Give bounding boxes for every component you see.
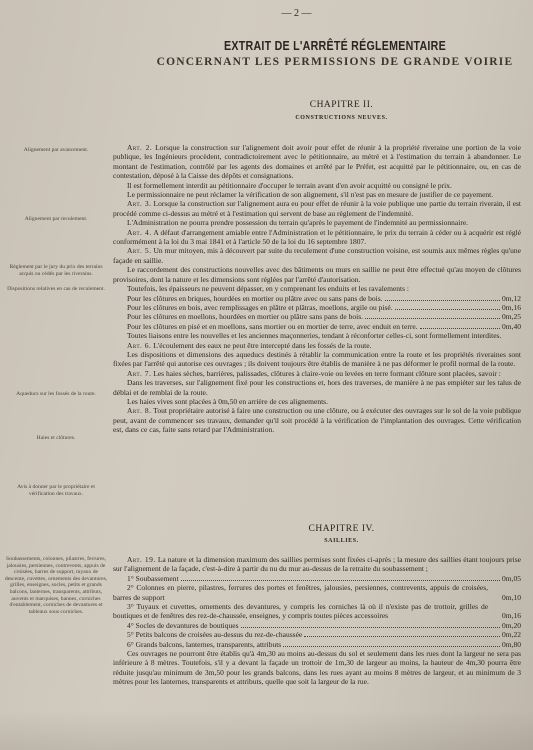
saillie-row: 4° Socles de devantures de boutiques0m,2… [113, 621, 521, 630]
article-5-para-2: Le raccordement des constructions nouvel… [113, 265, 521, 284]
article-5-para-4: Toutes liaisons entre les nouvelles et l… [113, 331, 521, 340]
article-19: Art. 19. La nature et la dimension maxim… [113, 555, 521, 574]
chapter-4-subheading: SAILLIES. [150, 538, 533, 544]
article-6-para-2: Les dispositions et dimensions des aqued… [113, 350, 521, 369]
saillie-row: 6° Grands balcons, lanternes, transparen… [113, 640, 521, 649]
margin-note-alignement-reculement: Alignement par reculement. [4, 216, 108, 223]
saillie-row: 2° Colonnes en pierre, pilastres, ferrur… [113, 583, 521, 602]
chapter-2-body: Art. 2. Lorsque la construction sur l'al… [113, 143, 521, 435]
article-2: Art. 2. Lorsque la construction sur l'al… [113, 143, 521, 181]
margin-note-aqueducs: Aqueducs sur les fossés de la route. [4, 391, 108, 398]
margin-note-alignement-avancement: Alignement par avancement. [4, 147, 108, 154]
chapter-2-heading: CHAPITRE II. [150, 100, 533, 110]
article-19-para-2: Ces ouvrages ne pourront être établis qu… [113, 649, 521, 687]
article-3-para-2: L'Administration ne pourra prendre posse… [113, 218, 521, 227]
article-2-para-2: Il est formellement interdit au pétition… [113, 181, 521, 190]
margin-note-avis: Avis à donner par le propriétaire et vér… [4, 484, 108, 497]
article-2-para-3: Le permissionnaire ne peut réclamer la v… [113, 190, 521, 199]
article-5: Art. 5. Un mur mitoyen, mis à découvert … [113, 246, 521, 265]
cloture-row: Pour les clôtures en bois, avec rempliss… [113, 303, 521, 312]
margin-note-saillies: Soubassements, colonnes, pilastres, ferr… [4, 556, 108, 615]
margin-note-dispositions-reculement: Dispositions relatives en cas de reculem… [4, 286, 108, 293]
cloture-row: Pour les clôtures en moellons, hourdées … [113, 312, 521, 321]
document-title: EXTRAIT DE L'ARRÊTÉ RÉGLEMENTAIRE [200, 38, 471, 53]
cloture-row: Pour les clôtures en pisé et en moellons… [113, 322, 521, 331]
article-7-para-3: Les haies vives sont placées à 0m,50 en … [113, 397, 521, 406]
chapter-4-body: Art. 19. La nature et la dimension maxim… [113, 555, 521, 687]
chapter-4-heading: CHAPITRE IV. [150, 524, 533, 534]
article-8: Art. 8. Tout propriétaire autorisé à fai… [113, 406, 521, 434]
cloture-row: Pour les clôtures en briques, hourdées e… [113, 294, 521, 303]
article-7: Art. 7. Les haies sèches, barrières, pal… [113, 369, 521, 378]
saillie-row: 1° Soubassement0m,05 [113, 574, 521, 583]
article-4: Art. 4. A défaut d'arrangement amiable e… [113, 228, 521, 247]
chapter-2-subheading: CONSTRUCTIONS NEUVES. [150, 115, 533, 121]
margin-note-haies: Haies et clôtures. [4, 435, 108, 442]
article-6: Art. 6. L'écoulement des eaux ne peut êt… [113, 341, 521, 350]
article-5-para-3: Toutefois, les épaisseurs ne peuvent dép… [113, 284, 521, 293]
saillie-row: 5° Petits balcons de croisées au-dessus … [113, 630, 521, 639]
margin-note-reglement-jury: Règlement par le jury du prix des terrai… [4, 264, 108, 277]
article-3: Art. 3. Lorsque la construction sur l'al… [113, 199, 521, 218]
page-shadow [0, 710, 533, 750]
article-7-para-2: Dans les traverses, sur l'alignement fix… [113, 378, 521, 397]
page-number: — 2 — [0, 8, 533, 19]
document-page: — 2 — EXTRAIT DE L'ARRÊTÉ RÉGLEMENTAIRE … [0, 0, 533, 750]
saillie-row: 3° Tuyaux et cuvettes, ornements des dev… [113, 602, 521, 621]
document-subtitle: CONCERNANT LES PERMISSIONS DE GRANDE VOI… [150, 56, 520, 68]
